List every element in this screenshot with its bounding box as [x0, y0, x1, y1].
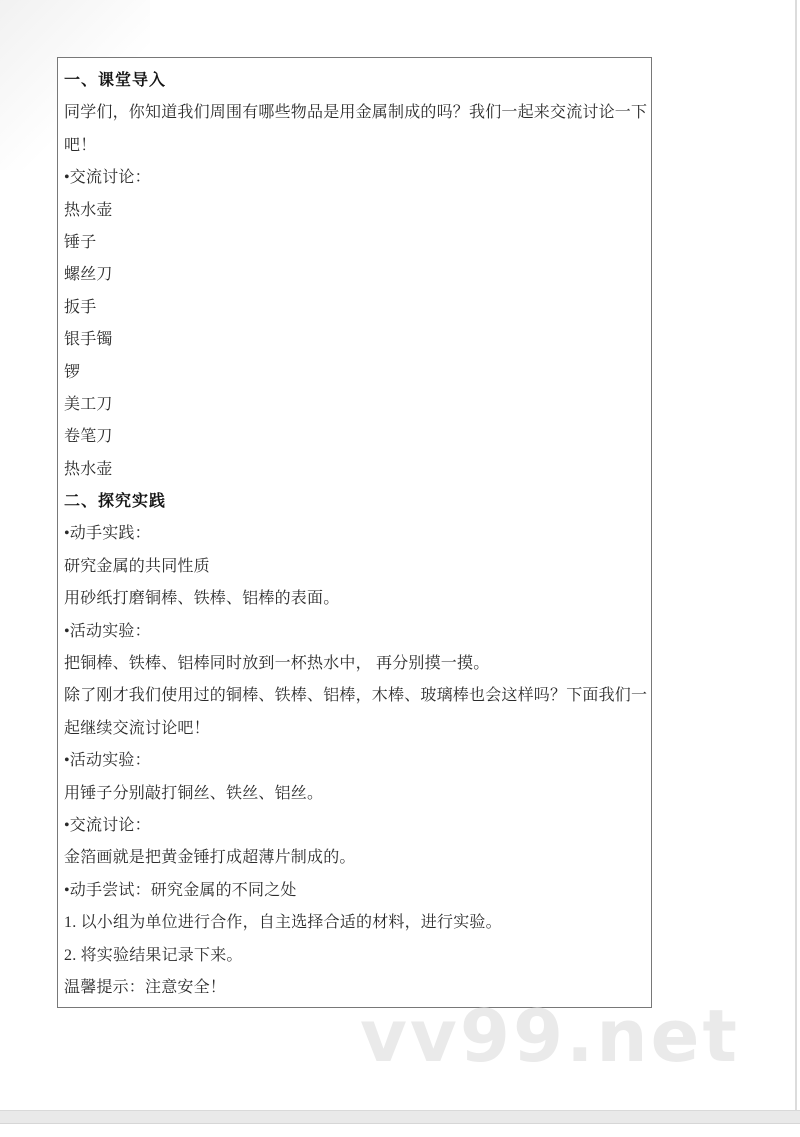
doc-line: 金箔画就是把黄金锤打成超薄片制成的。 [64, 842, 649, 874]
doc-line: •活动实验： [64, 745, 649, 777]
page-break-separator [0, 1110, 800, 1124]
doc-line: 卷笔刀 [64, 421, 649, 453]
doc-line: 螺丝刀 [64, 259, 649, 291]
doc-line: 把铜棒、铁棒、铝棒同时放到一杯热水中， 再分别摸一摸。 [64, 648, 649, 680]
doc-line: •交流讨论： [64, 810, 649, 842]
doc-line: 1. 以小组为单位进行合作，自主选择合适的材料，进行实验。 [64, 907, 649, 939]
doc-line: 2. 将实验结果记录下来。 [64, 940, 649, 972]
lesson-table: 一、课堂导入同学们，你知道我们周围有哪些物品是用金属制成的吗？我们一起来交流讨论… [57, 57, 652, 1008]
doc-line: 热水壶 [64, 195, 649, 227]
doc-line: 美工刀 [64, 389, 649, 421]
doc-line: 银手镯 [64, 324, 649, 356]
doc-line: 用砂纸打磨铜棒、铁棒、铝棒的表面。 [64, 583, 649, 615]
doc-line: 除了刚才我们使用过的铜棒、铁棒、铝棒，木棒、玻璃棒也会这样吗？下面我们一 [64, 680, 649, 712]
next-page-top [0, 1124, 800, 1137]
doc-line: 温馨提示：注意安全！ [64, 972, 649, 1004]
doc-line: 研究金属的共同性质 [64, 551, 649, 583]
doc-line: •动手实践： [64, 518, 649, 550]
doc-line: •活动实验： [64, 616, 649, 648]
watermark: vv99.net [360, 1000, 740, 1072]
doc-line: 同学们，你知道我们周围有哪些物品是用金属制成的吗？我们一起来交流讨论一下 [64, 97, 649, 129]
page-right-edge [795, 0, 797, 1137]
doc-line: 用锤子分别敲打铜丝、铁丝、铝丝。 [64, 778, 649, 810]
doc-heading-line: 二、探究实践 [64, 486, 649, 518]
doc-line: 吧！ [64, 130, 649, 162]
document-viewer: 一、课堂导入同学们，你知道我们周围有哪些物品是用金属制成的吗？我们一起来交流讨论… [0, 0, 800, 1137]
doc-line: 扳手 [64, 292, 649, 324]
doc-line: 锤子 [64, 227, 649, 259]
doc-line: •动手尝试：研究金属的不同之处 [64, 875, 649, 907]
doc-line: 起继续交流讨论吧！ [64, 713, 649, 745]
doc-line: 热水壶 [64, 454, 649, 486]
doc-heading-line: 一、课堂导入 [64, 65, 649, 97]
doc-line: •交流讨论： [64, 162, 649, 194]
doc-line: 锣 [64, 357, 649, 389]
